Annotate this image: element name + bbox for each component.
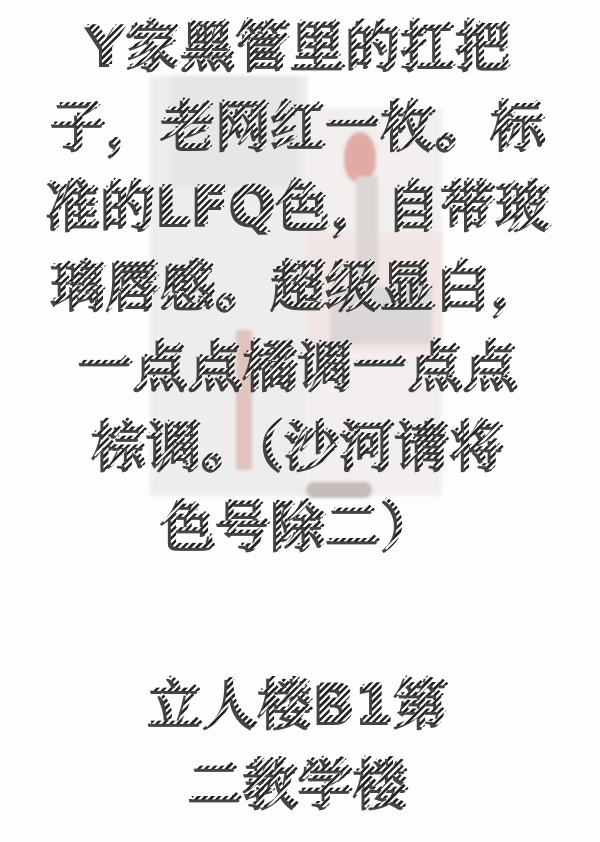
poster: Y家黑管里的扛把 子，老网红一枚。标 准的LFQ色，自带玻 璃唇感。超级显白， … (0, 0, 600, 842)
location-line-1: 立人楼B1第 (0, 664, 600, 744)
description-line-3: 准的LFQ色，自带玻 (0, 166, 600, 246)
description-line-4: 璃唇感。超级显白， (0, 246, 600, 326)
description-line-6: 棕调。（沙河请将 (0, 406, 600, 486)
location-line-2: 二教学楼 (0, 744, 600, 824)
description-line-7: 色号除二） (0, 486, 600, 566)
product-description-text: Y家黑管里的扛把 子，老网红一枚。标 准的LFQ色，自带玻 璃唇感。超级显白， … (0, 6, 600, 566)
description-line-1: Y家黑管里的扛把 (0, 6, 600, 86)
location-text: 立人楼B1第 二教学楼 (0, 664, 600, 824)
description-line-5: 一点点橘调一点点 (0, 326, 600, 406)
description-line-2: 子，老网红一枚。标 (0, 86, 600, 166)
